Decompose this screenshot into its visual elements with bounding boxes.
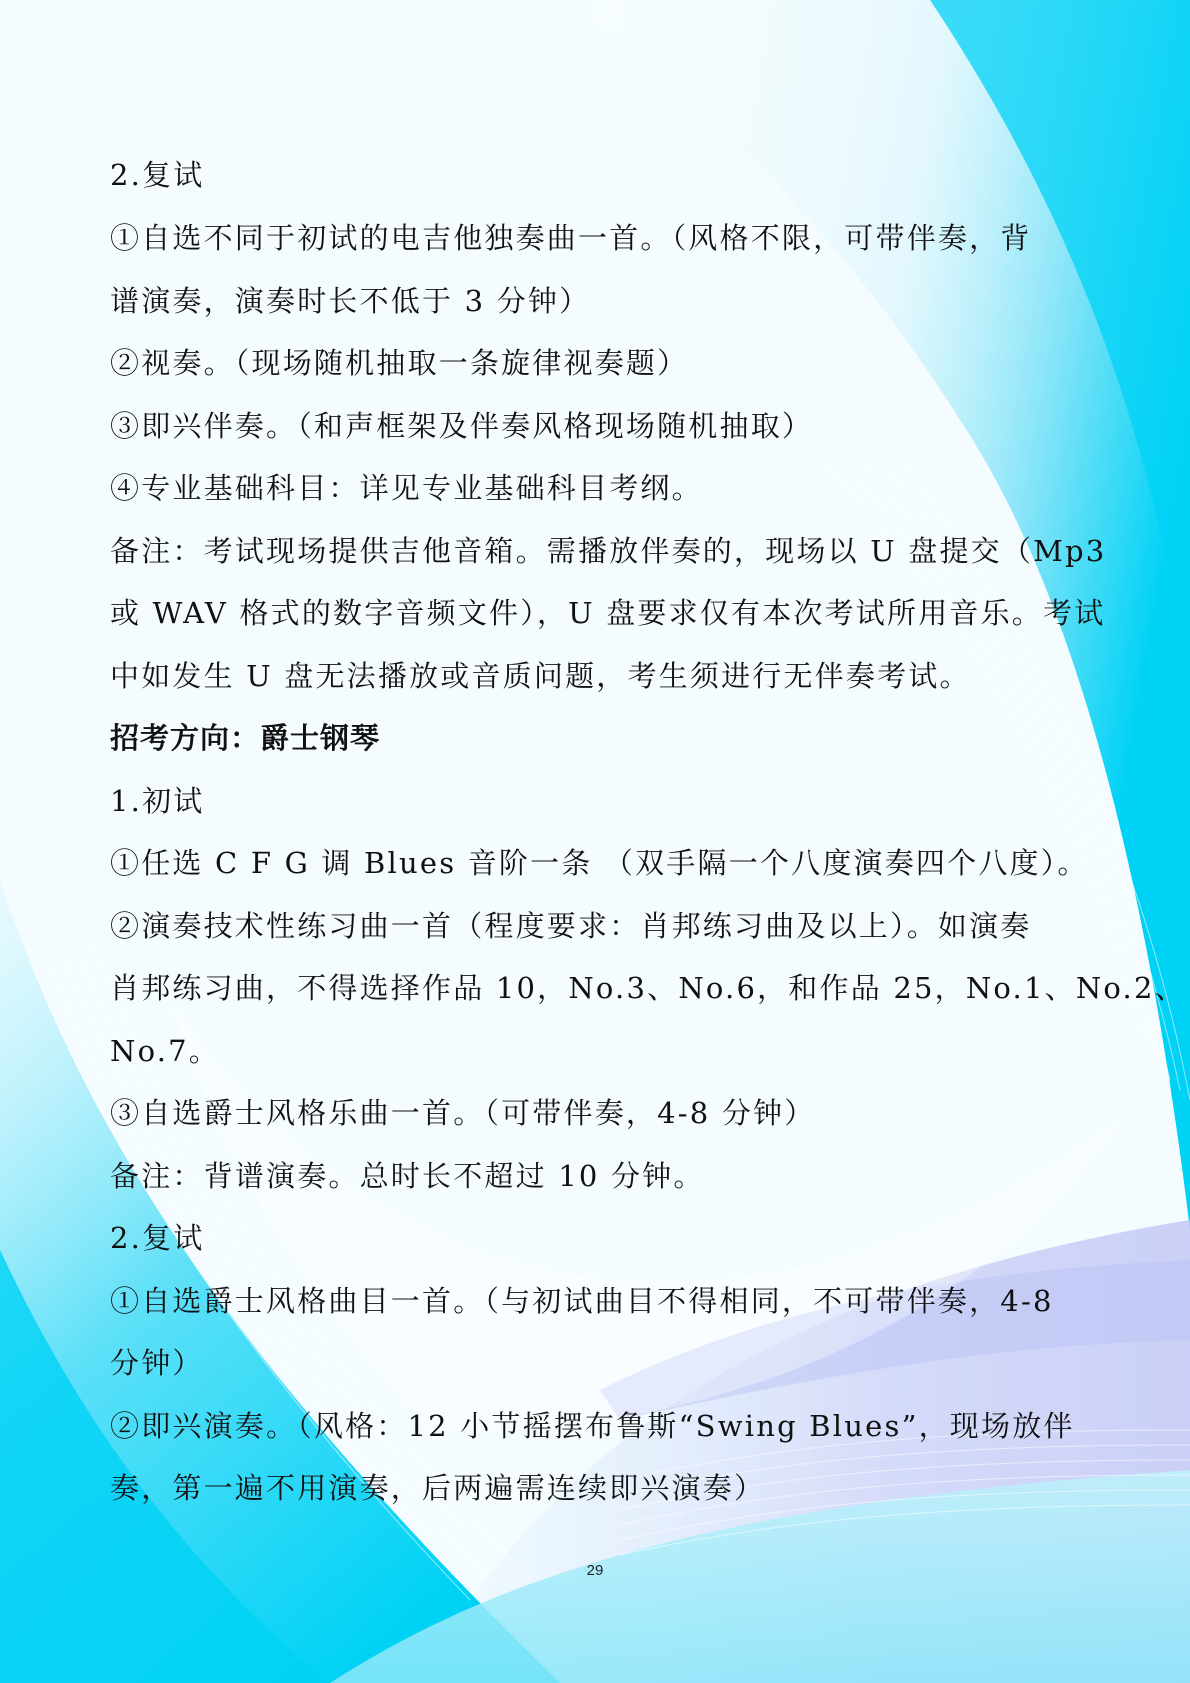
retest-note-cont-2: 中如发生 U 盘无法播放或音质问题，考生须进行无伴奏考试。	[110, 656, 971, 696]
section-title-retest-jazz: 2.复试	[110, 1218, 204, 1258]
retest-item-4: ④专业基础科目：详见专业基础科目考纲。	[110, 468, 703, 508]
preliminary-item-2: ②演奏技术性练习曲一首（程度要求：肖邦练习曲及以上）。如演奏	[110, 906, 1032, 946]
retest-jazz-item-2-cont: 奏，第一遍不用演奏，后两遍需连续即兴演奏）	[110, 1468, 765, 1508]
retest-note: 备注：考试现场提供吉他音箱。需播放伴奏的，现场以 U 盘提交（Mp3	[110, 531, 1106, 571]
section-heading-jazz-piano: 招考方向：爵士钢琴	[110, 718, 380, 758]
preliminary-item-3: ③自选爵士风格乐曲一首。（可带伴奏，4-8 分钟）	[110, 1093, 815, 1133]
retest-item-1: ①自选不同于初试的电吉他独奏曲一首。（风格不限，可带伴奏，背	[110, 218, 1032, 258]
preliminary-item-1: ①任选 C F G 调 Blues 音阶一条 （双手隔一个八度演奏四个八度）。	[110, 843, 1089, 883]
retest-jazz-item-1-cont: 分钟）	[110, 1343, 204, 1383]
preliminary-item-2-cont-1: 肖邦练习曲，不得选择作品 10，No.3、No.6，和作品 25，No.1、No…	[110, 968, 1186, 1008]
retest-jazz-item-2: ②即兴演奏。（风格：12 小节摇摆布鲁斯“Swing Blues”，现场放伴	[110, 1406, 1075, 1446]
retest-jazz-item-1: ①自选爵士风格曲目一首。（与初试曲目不得相同，不可带伴奏，4-8	[110, 1281, 1054, 1321]
section-title-retest: 2.复试	[110, 155, 204, 195]
preliminary-note: 备注：背谱演奏。总时长不超过 10 分钟。	[110, 1156, 705, 1196]
retest-note-cont-1: 或 WAV 格式的数字音频文件），U 盘要求仅有本次考试所用音乐。考试	[110, 593, 1105, 633]
retest-item-3: ③即兴伴奏。（和声框架及伴奏风格现场随机抽取）	[110, 406, 813, 446]
section-title-preliminary: 1.初试	[110, 781, 204, 821]
preliminary-item-2-cont-2: No.7。	[110, 1031, 220, 1071]
retest-item-1-cont: 谱演奏，演奏时长不低于 3 分钟）	[110, 281, 590, 321]
retest-item-2: ②视奏。（现场随机抽取一条旋律视奏题）	[110, 343, 688, 383]
page-number: 29	[0, 1562, 1190, 1579]
